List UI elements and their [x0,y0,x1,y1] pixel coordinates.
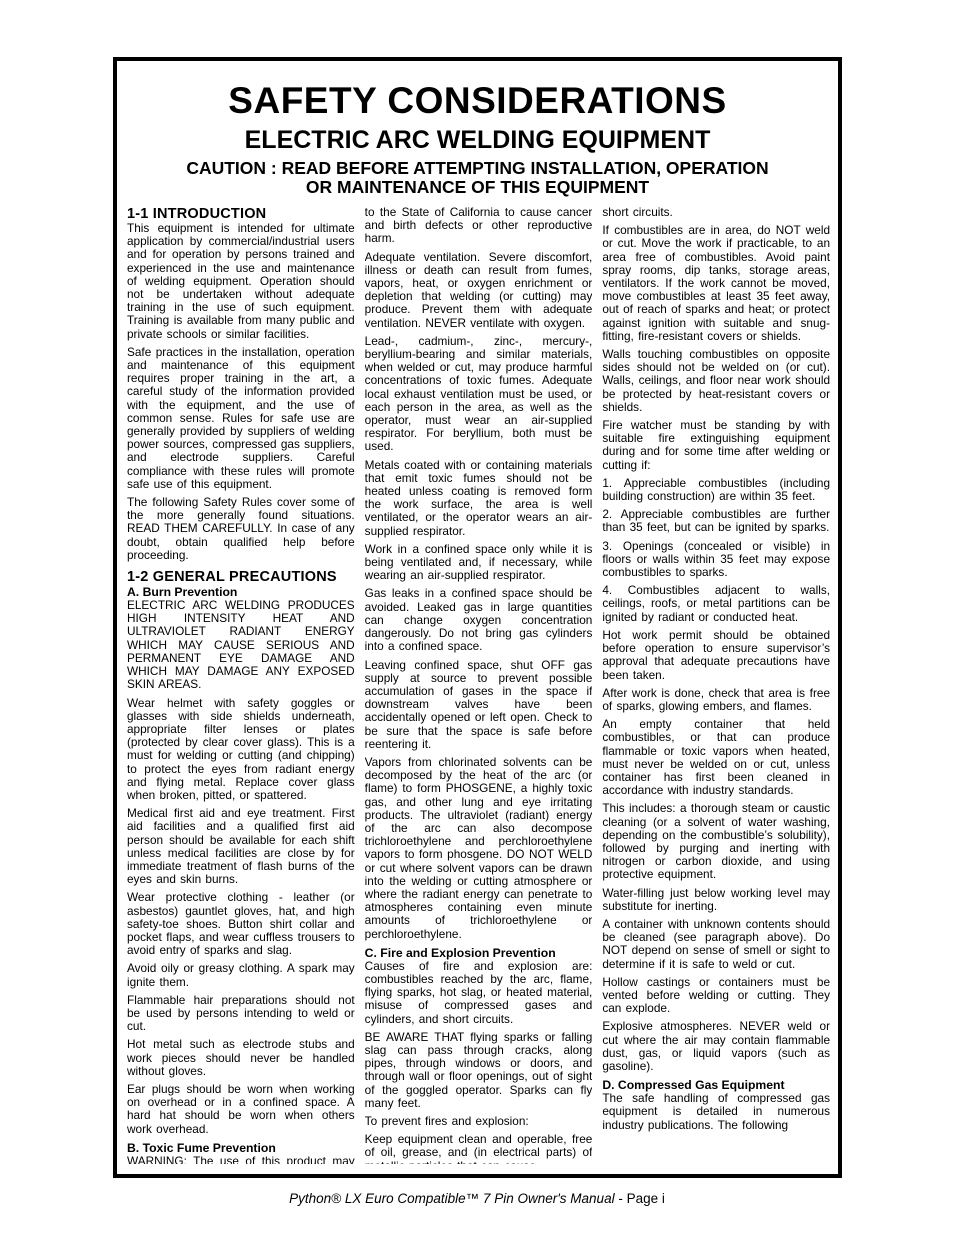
paragraph: Safe practices in the installation, oper… [127,346,355,491]
paragraph: WARNING: The use of this product may res… [127,1155,355,1164]
paragraph: Wear protective clothing - leather (or a… [127,891,355,957]
caution-line-1: CAUTION : READ BEFORE ATTEMPTING INSTALL… [148,159,808,178]
page-subtitle: ELECTRIC ARC WELDING EQUIPMENT [125,128,830,153]
text-column-1: 1-1 INTRODUCTIONThis equipment is intend… [127,206,355,1164]
paragraph: Water-filling just below working level m… [602,887,830,913]
paragraph: 4. Combustibles adjacent to walls, ceili… [602,584,830,624]
paragraph: Vapors from chlorinated solvents can be … [365,756,593,941]
caution-line-2: OR MAINTENANCE OF THIS EQUIPMENT [148,178,808,197]
three-column-body: 1-1 INTRODUCTIONThis equipment is intend… [117,197,838,1164]
caution-heading: CAUTION : READ BEFORE ATTEMPTING INSTALL… [148,159,808,197]
paragraph: A container with unknown contents should… [602,918,830,971]
footer-manual-name: Python® LX Euro Compatible™ 7 Pin Owner'… [289,1191,614,1206]
page-title: SAFETY CONSIDERATIONS [125,82,830,119]
content-border-frame: SAFETY CONSIDERATIONS ELECTRIC ARC WELDI… [113,57,842,1178]
paragraph: This equipment is intended for ultimate … [127,222,355,341]
paragraph: To prevent fires and explosion: [365,1115,593,1128]
paragraph: The safe handling of compressed gas equi… [602,1092,830,1132]
paragraph: Lead-, cadmium-, zinc-, mercury-, beryll… [365,335,593,454]
paragraph: 3. Openings (concealed or visible) in fl… [602,540,830,580]
paragraph: If combustibles are in area, do NOT weld… [602,224,830,343]
paragraph: Gas leaks in a confined space should be … [365,587,593,653]
paragraph: Hot metal such as electrode stubs and wo… [127,1038,355,1078]
section-heading: A. Burn Prevention [127,585,355,599]
paragraph: short circuits. [602,206,830,219]
paragraph: Metals coated with or containing materia… [365,459,593,538]
section-heading: 1-2 GENERAL PRECAUTIONS [127,569,355,585]
section-heading: D. Compressed Gas Equipment [602,1078,830,1092]
paragraph: Medical first aid and eye treatment. Fir… [127,807,355,886]
paragraph: ELECTRIC ARC WELDING PRODUCES HIGH INTEN… [127,599,355,691]
paragraph: After work is done, check that area is f… [602,687,830,713]
paragraph: BE AWARE THAT flying sparks or falling s… [365,1031,593,1110]
paragraph: Keep equipment clean and operable, free … [365,1133,593,1164]
paragraph: 1. Appreciable combustibles (including b… [602,477,830,503]
paragraph: Explosive atmospheres. NEVER weld or cut… [602,1020,830,1073]
paragraph: Causes of fire and explosion are: combus… [365,960,593,1026]
paragraph: Flammable hair preparations should not b… [127,994,355,1034]
paragraph: An empty container that held combustible… [602,718,830,797]
paragraph: Work in a confined space only while it i… [365,543,593,583]
paragraph: Ear plugs should be worn when working on… [127,1083,355,1136]
paragraph: Leaving confined space, shut OFF gas sup… [365,659,593,751]
paragraph: Avoid oily or greasy clothing. A spark m… [127,962,355,988]
section-heading: B. Toxic Fume Prevention [127,1141,355,1155]
paragraph: Adequate ventilation. Severe discomfort,… [365,251,593,330]
paragraph: to the State of California to cause canc… [365,206,593,246]
paragraph: This includes: a thorough steam or caust… [602,802,830,881]
text-column-3: short circuits.If combustibles are in ar… [602,206,830,1164]
footer-page-number: - Page i [615,1191,665,1206]
section-heading: 1-1 INTRODUCTION [127,206,355,222]
text-column-2: to the State of California to cause canc… [365,206,593,1164]
paragraph: Fire watcher must be standing by with su… [602,419,830,472]
paragraph: Walls touching combustibles on opposite … [602,348,830,414]
paragraph: Hot work permit should be obtained befor… [602,629,830,682]
paragraph: The following Safety Rules cover some of… [127,496,355,562]
page-footer: Python® LX Euro Compatible™ 7 Pin Owner'… [0,1191,954,1207]
paragraph: Wear helmet with safety goggles or glass… [127,697,355,803]
paragraph: Hollow castings or containers must be ve… [602,976,830,1016]
paragraph: 2. Appreciable combustibles are further … [602,508,830,534]
section-heading: C. Fire and Explosion Prevention [365,946,593,960]
